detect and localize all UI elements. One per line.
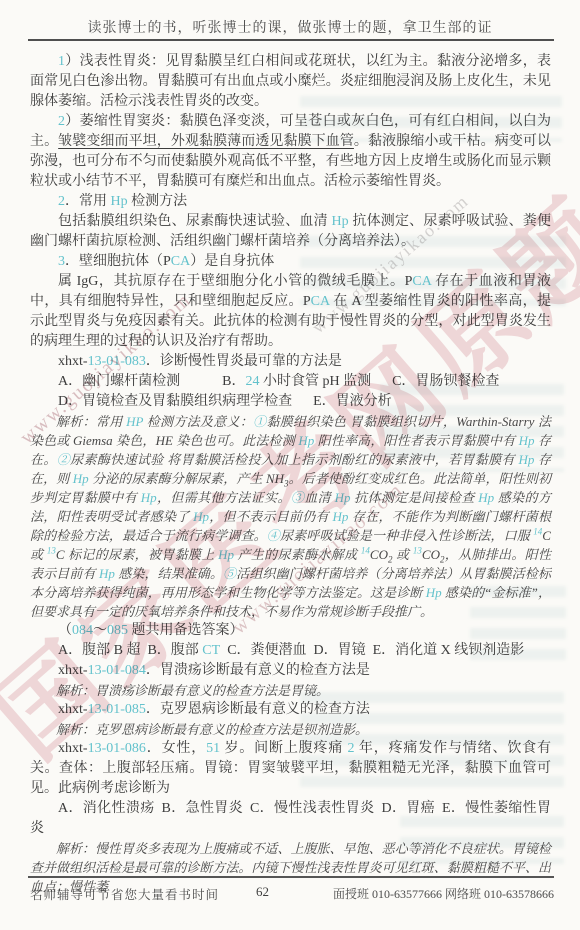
- text-segment: 包括黏膜组织染色、尿素酶快速试验、血清: [58, 214, 332, 229]
- highlight-text: Hp: [73, 471, 89, 486]
- text-segment: xhxt-: [58, 702, 88, 717]
- highlight-text: Hp: [426, 585, 442, 600]
- text-segment: 解析：慢性胃炎多表现为上腹痛或不适、上腹胀、早饱、恶心等消化不良症状。胃镜检查并…: [30, 841, 551, 894]
- text-segment: 检测方法及意义：: [143, 414, 253, 429]
- question-086: xhxt-13-01-086．女性，51 岁。间断上腹疼痛 2 年，疼痛发作与情…: [30, 739, 551, 799]
- question-085: xhxt-13-01-085．克罗恩病诊断最有意义的检查方法: [30, 700, 551, 720]
- text-segment: xhxt-: [58, 354, 88, 369]
- options-083-row1: A．幽门螺杆菌检测 B．24 小时食管 pH 监测 C．胃肠钡餐检查: [30, 372, 551, 392]
- highlight-text: 2: [58, 114, 65, 129]
- text-segment: xhxt-: [58, 663, 88, 678]
- text-segment: A．腹部 B 超 B．腹部: [58, 643, 202, 658]
- highlight-text: Hp: [518, 452, 534, 467]
- superficial-gastritis-para: 1）浅表性胃炎：见胃黏膜呈红白相间或花斑状，以红为主。黏液分泌增多，表面常见白色…: [30, 52, 551, 112]
- text-segment: 13: [47, 546, 56, 556]
- options-086: A．消化性溃疡 B．急性胃炎 C．慢性浅表性胃炎 D．胃癌 E．慢性萎缩性胃炎: [30, 799, 551, 839]
- highlight-text: ②: [57, 452, 70, 467]
- highlight-text: 13-01-085: [88, 702, 146, 717]
- text-segment: 感染，结果准确。: [115, 566, 223, 581]
- text-segment: ．常用: [65, 194, 111, 209]
- highlight-text: Hp: [99, 566, 115, 581]
- highlight-text: 2: [348, 741, 355, 756]
- highlight-text: ③: [291, 490, 304, 505]
- pca-body: 属 IgG，其抗原存在于壁细胞分化小管的微绒毛膜上。PCA 存在于血液和胃液中，…: [30, 272, 551, 352]
- highlight-text: ⑤: [223, 566, 236, 581]
- highlight-text: CA: [311, 294, 330, 309]
- text-segment: C．粪便潜血 D．胃镜 E．消化道 X 线钡剂造影: [220, 643, 524, 658]
- analysis-084: 解析：胃溃疡诊断最有意义的检查方法是胃镜。: [30, 681, 551, 700]
- text-segment: CO: [422, 547, 440, 562]
- text-segment: 尿素酶快速试验 将胃黏膜活检投入加上指示剂酚红的尿素液中，若胃黏膜有: [70, 452, 518, 467]
- highlight-text: ①: [253, 414, 266, 429]
- analysis-085: 解析：克罗恩病诊断最有意义的检查方法是钡剂造影。: [30, 720, 551, 739]
- hp-methods-heading: 2．常用 Hp 检测方法: [30, 192, 551, 212]
- highlight-text: Hp: [218, 547, 234, 562]
- text-segment: 尿素呼吸试验是一种非侵入性诊断法，口服: [280, 528, 533, 543]
- atrophic-gastritis-para: 2）萎缩性胃窦炎：黏膜色泽变淡，可呈苍白或灰白色，可有红白相间，以白为主。皱襞变…: [30, 112, 551, 192]
- highlight-text: 2: [58, 194, 65, 209]
- highlight-text: 24: [245, 374, 259, 389]
- text-segment: 皱襞变细而平坦，外观黏膜薄而透见黏膜下血管: [58, 134, 354, 149]
- page-header-slogan: 读张博士的书，听张博士的课，做张博士的题，拿卫生部的证: [0, 17, 580, 37]
- text-segment: ，但需其他方法证实。: [157, 490, 291, 505]
- text-segment: 血清: [304, 490, 334, 505]
- options-083-row2: D．胃镜检查及胃黏膜组织病理学检查 E．胃液分析: [30, 392, 551, 412]
- highlight-text: 13-01-083: [88, 354, 146, 369]
- scanned-textbook-page: 读张博士的书，听张博士的课，做张博士的题，拿卫生部的证 1）浅表性胃炎：见胃黏膜…: [0, 0, 580, 930]
- highlight-text: Hp: [193, 509, 209, 524]
- text-segment: 或: [392, 547, 412, 562]
- text-segment: 岁。间断上腹疼痛: [220, 741, 347, 756]
- question-084: xhxt-13-01-084．胃溃疡诊断最有意义的检查方法是: [30, 661, 551, 681]
- highlight-text: Hp: [141, 490, 157, 505]
- text-segment: ～: [93, 623, 107, 638]
- highlight-text: 51: [206, 741, 220, 756]
- text-segment: 14: [533, 527, 542, 537]
- highlight-text: Hp: [335, 490, 351, 505]
- hp-methods-body: 包括黏膜组织染色、尿素酶快速试验、血清 Hp 抗体测定、尿素呼吸试验、粪便幽门螺…: [30, 212, 551, 252]
- text-segment: 产生的尿素酶水解成: [234, 547, 361, 562]
- text-segment: 分泌的尿素酶分解尿素，产生 NH: [89, 471, 284, 486]
- text-segment: ．诊断慢性胃炎最可靠的方法是: [146, 354, 342, 369]
- text-segment: ，但不表示目前仍有: [209, 509, 332, 524]
- text-segment: 检测方法: [128, 194, 188, 209]
- shared-options-row: A．腹部 B 超 B．腹部 CT C．粪便潜血 D．胃镜 E．消化道 X 线钡剂…: [30, 641, 551, 661]
- text-segment: ）是自身抗体: [190, 254, 274, 269]
- text-segment: xhxt-: [58, 741, 88, 756]
- text-segment: 14: [361, 546, 370, 556]
- highlight-text: CA: [412, 274, 431, 289]
- pca-heading: 3．壁细胞抗体（PCA）是自身抗体: [30, 252, 551, 272]
- text-segment: ．壁细胞抗体（P: [65, 254, 171, 269]
- highlight-text: 1: [58, 54, 65, 69]
- text-segment: C 标记的尿素，被胃黏膜上: [56, 547, 218, 562]
- highlight-text: Hp: [111, 194, 128, 209]
- shared-options-note: （084～085 题共用备选答案）: [30, 621, 551, 641]
- text-segment: 阳性率高，阳性者表示胃黏膜中有: [314, 433, 518, 448]
- text-segment: ．胃溃疡诊断最有意义的检查方法是: [146, 663, 370, 678]
- highlight-text: 085: [107, 623, 128, 638]
- text-segment: A．消化性溃疡 B．急性胃炎 C．慢性浅表性胃炎 D．胃癌 E．慢性萎缩性胃炎: [30, 801, 551, 836]
- text-segment: 抗体测定是间接检查: [351, 490, 479, 505]
- highlight-text: Hp: [519, 433, 535, 448]
- text-segment: 题共用备选答案）: [128, 623, 244, 638]
- highlight-text: Hp: [298, 433, 314, 448]
- text-segment: ．女性，: [146, 741, 206, 756]
- highlight-text: CA: [171, 254, 190, 269]
- text-segment: A．幽门螺杆菌检测 B．: [58, 374, 245, 389]
- text-segment: ）浅表性胃炎：见胃黏膜呈红白相间或花斑状，以红为主。黏液分泌增多，表面常见白色渗…: [30, 54, 551, 109]
- content: 1）浅表性胃炎：见胃黏膜呈红白相间或花斑状，以红为主。黏液分泌增多，表面常见白色…: [30, 52, 551, 896]
- text-segment: 解析：胃溃疡诊断最有意义的检查方法是胃镜。: [56, 683, 329, 698]
- highlight-text: Hp: [332, 214, 349, 229]
- text-segment: D．胃镜检查及胃黏膜组织病理学检查 E．胃液分析: [58, 394, 392, 409]
- highlight-text: 13-01-084: [88, 663, 146, 678]
- highlight-text: 3: [58, 254, 65, 269]
- highlight-text: Hp: [478, 490, 494, 505]
- highlight-text: 084: [72, 623, 93, 638]
- text-segment: ．克罗恩病诊断最有意义的检查方法: [146, 702, 370, 717]
- text-segment: （: [58, 623, 72, 638]
- highlight-text: Hp: [332, 509, 348, 524]
- text-segment: 13: [413, 546, 422, 556]
- highlight-text: CT: [202, 643, 220, 658]
- highlight-text: HP: [126, 414, 143, 429]
- highlight-text: 13-01-086: [88, 741, 146, 756]
- text-segment: 解析：克罗恩病诊断最有意义的检查方法是钡剂造影。: [56, 722, 368, 737]
- analysis-086: 解析：慢性胃炎多表现为上腹痛或不适、上腹胀、早饱、恶心等消化不良症状。胃镜检查并…: [30, 839, 551, 896]
- highlight-text: ④: [267, 528, 280, 543]
- text-segment: CO: [370, 547, 388, 562]
- question-083: xhxt-13-01-083．诊断慢性胃炎最可靠的方法是: [30, 352, 551, 372]
- text-segment: 解析：常用: [56, 414, 126, 429]
- text-segment: 属 IgG，其抗原存在于壁细胞分化小管的微绒毛膜上。P: [58, 274, 412, 289]
- header-rule: [28, 39, 554, 41]
- text-segment: 小时食管 pH 监测 C．胃肠钡餐检查: [259, 374, 499, 389]
- analysis-083: 解析：常用 HP 检测方法及意义：①黏膜组织染色 胃黏膜组织切片，Warthin…: [30, 412, 551, 621]
